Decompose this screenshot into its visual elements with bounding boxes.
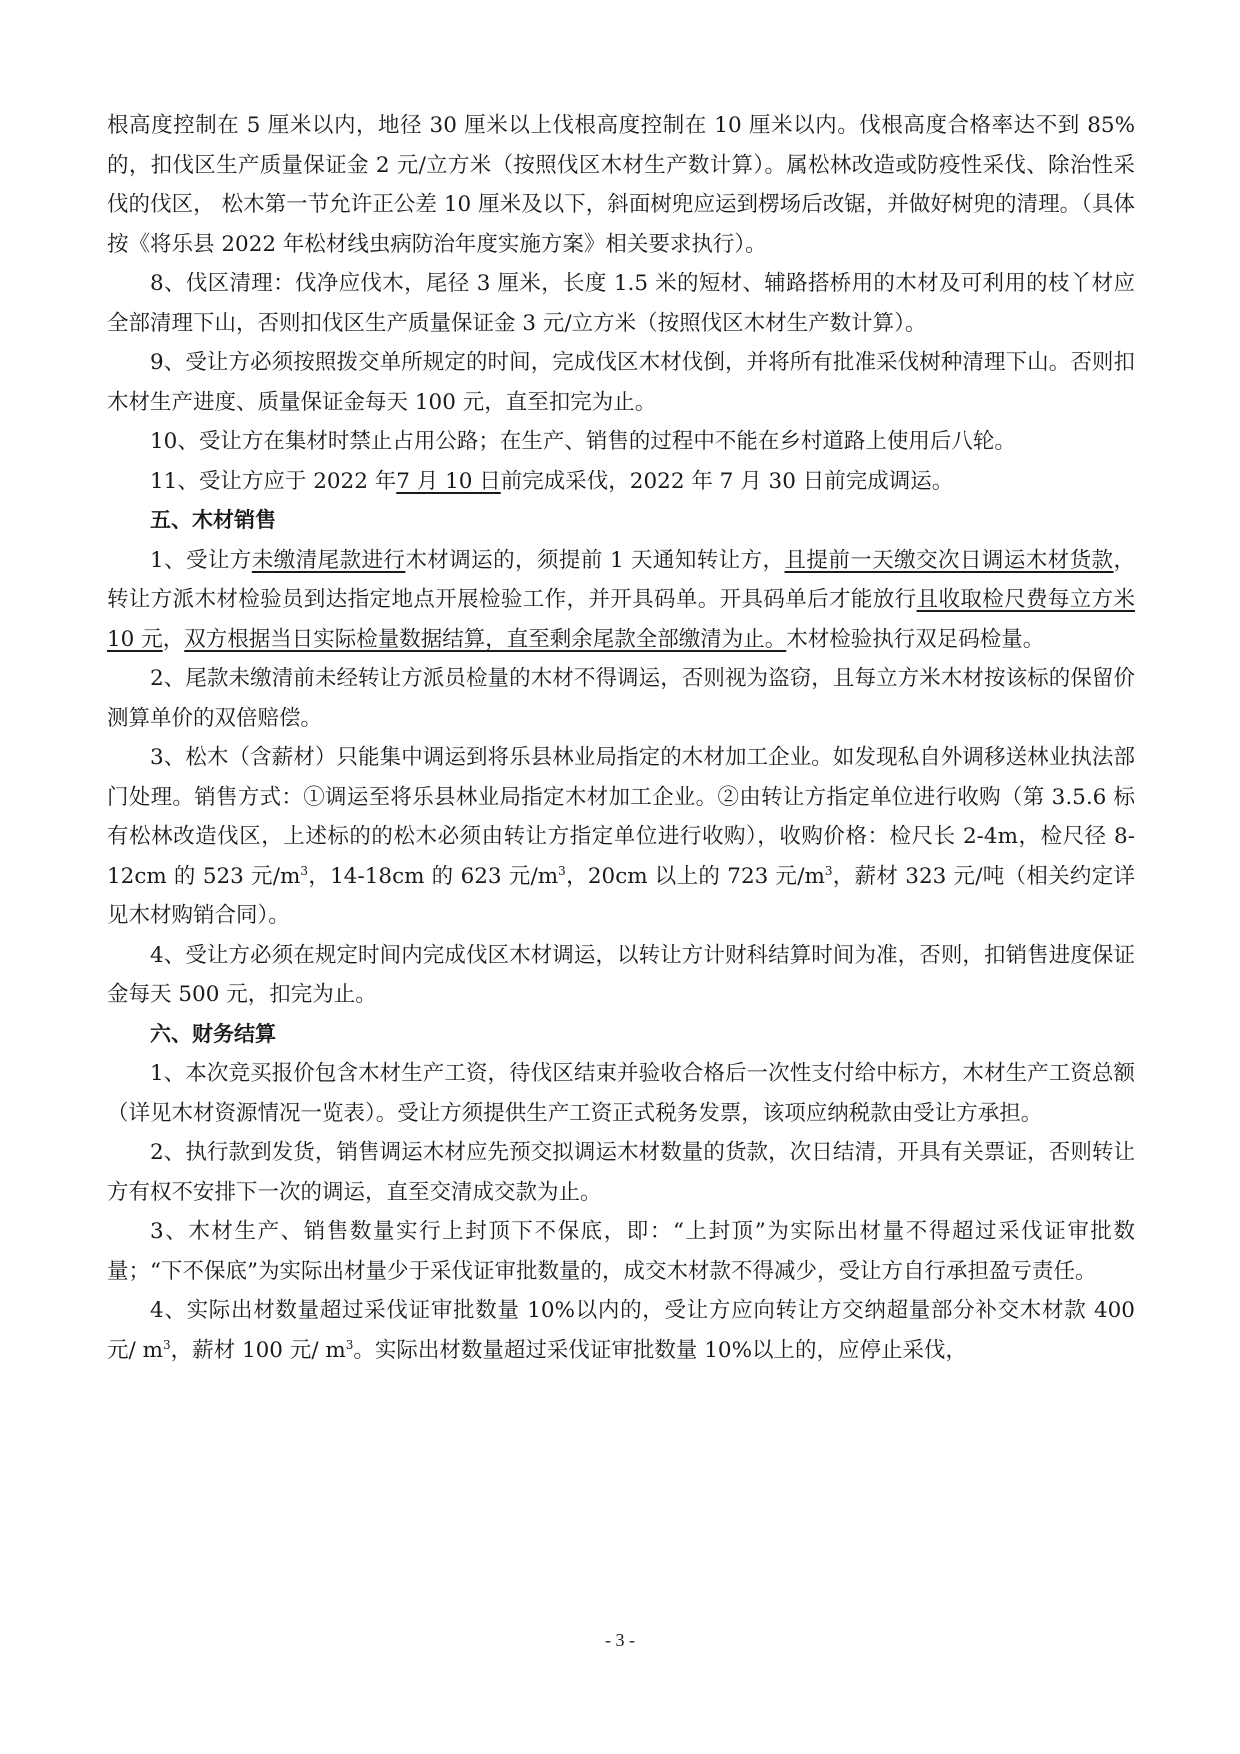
text: 。实际出材数量超过采伐证审批数量 10%以上的，应停止采伐， [353, 1338, 967, 1363]
underlined-text: 且提前一天缴交次日调运木材货款 [785, 548, 1114, 573]
text: 11、受让方应于 2022 年 [150, 469, 396, 494]
text: ，薪材 100 元/ m [171, 1338, 346, 1363]
superscript: 3 [300, 863, 308, 877]
page-number: - 3 - [0, 1630, 1240, 1651]
sales-item-1: 1、受让方未缴清尾款进行木材调运的，须提前 1 天通知转让方，且提前一天缴交次日… [107, 541, 1135, 660]
underlined-date: 7 月 10 日 [396, 469, 501, 494]
paragraph-item-11: 11、受让方应于 2022 年7 月 10 日前完成采伐，2022 年 7 月 … [107, 462, 1135, 502]
text: ，20cm 以上的 723 元/m [566, 864, 825, 889]
underlined-text: 未缴清尾款进行 [252, 548, 406, 573]
sales-item-3: 3、松木（含薪材）只能集中调运到将乐县林业局指定的木材加工企业。如发现私自外调移… [107, 738, 1135, 936]
superscript: 3 [163, 1337, 171, 1351]
superscript: 3 [558, 863, 566, 877]
sales-item-4: 4、受让方必须在规定时间内完成伐区木材调运，以转让方计财科结算时间为准，否则，扣… [107, 936, 1135, 1015]
superscript: 3 [825, 863, 833, 877]
text: ， [163, 627, 185, 652]
text: 前完成采伐，2022 年 7 月 30 日前完成调运。 [501, 469, 953, 494]
paragraph-item-8: 8、伐区清理：伐净应伐木，尾径 3 厘米，长度 1.5 米的短材、辅路搭桥用的木… [107, 264, 1135, 343]
paragraph-item-10: 10、受让方在集材时禁止占用公路；在生产、销售的过程中不能在乡村道路上使用后八轮… [107, 422, 1135, 462]
finance-item-2: 2、执行款到发货，销售调运木材应先预交拟调运木材数量的货款，次日结清，开具有关票… [107, 1133, 1135, 1212]
paragraph-item-9: 9、受让方必须按照拨交单所规定的时间，完成伐区木材伐倒，并将所有批准采伐树种清理… [107, 343, 1135, 422]
finance-item-1: 1、本次竞买报价包含木材生产工资，待伐区结束并验收合格后一次性支付给中标方，木材… [107, 1054, 1135, 1133]
text: 木材调运的，须提前 1 天通知转让方， [405, 548, 784, 573]
finance-item-4: 4、实际出材数量超过采伐证审批数量 10%以内的，受让方应向转让方交纳超量部分补… [107, 1291, 1135, 1370]
finance-item-3: 3、木材生产、销售数量实行上封顶下不保底，即：“上封顶”为实际出材量不得超过采伐… [107, 1212, 1135, 1291]
sales-item-2: 2、尾款未缴清前未经转让方派员检量的木材不得调运，否则视为盗窃，且每立方米木材按… [107, 659, 1135, 738]
section-heading-timber-sales: 五、木材销售 [107, 501, 1135, 541]
section-heading-financial-settlement: 六、财务结算 [107, 1015, 1135, 1055]
underlined-text: 双方根据当日实际检量数据结算，直至剩余尾款全部缴清为止。 [184, 627, 786, 652]
document-page: 根高度控制在 5 厘米以内，地径 30 厘米以上伐根高度控制在 10 厘米以内。… [107, 106, 1135, 1370]
text: 木材检验执行双足码检量。 [786, 627, 1044, 652]
text: ，14-18cm 的 623 元/m [308, 864, 558, 889]
text: 1、受让方 [150, 548, 252, 573]
paragraph-continuation: 根高度控制在 5 厘米以内，地径 30 厘米以上伐根高度控制在 10 厘米以内。… [107, 106, 1135, 264]
